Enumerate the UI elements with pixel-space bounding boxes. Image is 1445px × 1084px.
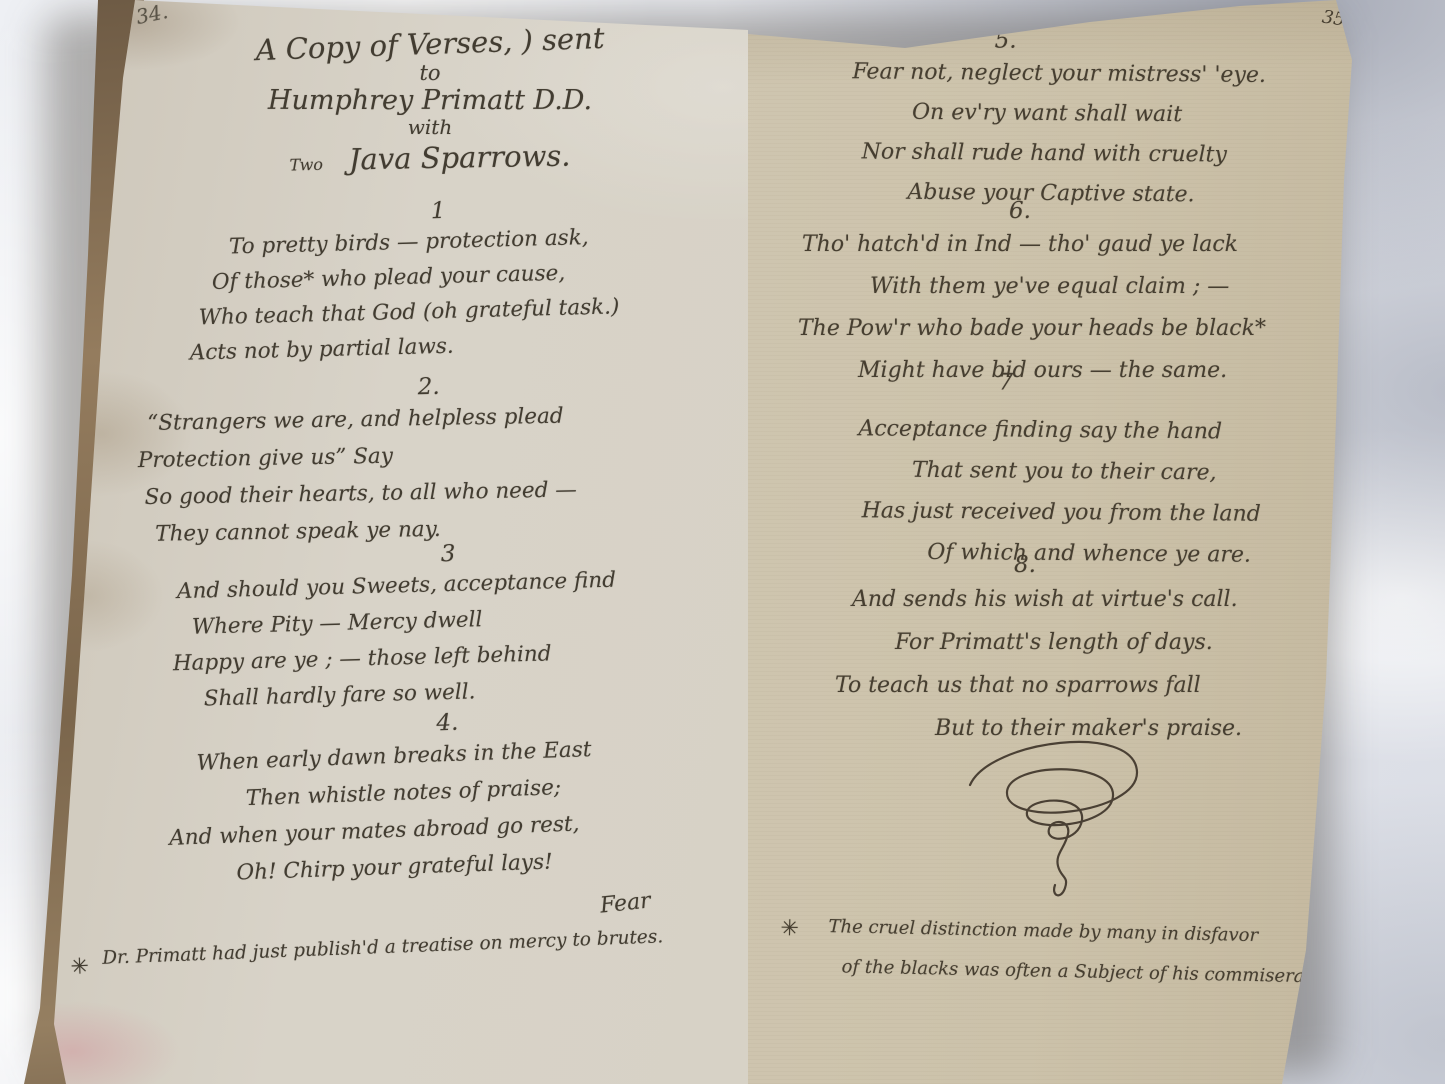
stanza-7-number: 7 [801, 368, 1211, 398]
stanza-6: 6. Tho' hatch'd in Ind — tho' gaud ye la… [790, 198, 1310, 392]
verse-line: And sends his wish at virtue's call. [852, 578, 1330, 621]
verse-line: With them ye've equal claim ; — [870, 266, 1310, 308]
title-java-sparrows: Java Sparrows. [349, 136, 571, 180]
stanza-8: 8. And sends his wish at virtue's call. … [790, 552, 1330, 750]
stanza-2: 2. “Strangers we are, and helpless plead… [129, 369, 732, 553]
verse-line: For Primatt's length of days. [895, 621, 1330, 664]
asterisk-mark: ✳ [70, 954, 89, 980]
stanza-5: 5. Fear not, neglect your mistress' 'eye… [799, 26, 1301, 216]
title-line-5: Two Java Sparrows. [170, 133, 691, 187]
left-footnote: ✳ Dr. Primatt had just publish'd a treat… [70, 923, 750, 970]
verse-line: Fear not, neglect your mistress' 'eye. [852, 52, 1300, 96]
stanza-4: 4. When early dawn breaks in the East Th… [147, 700, 753, 895]
verse-line: To teach us that no sparrows fall [835, 664, 1330, 707]
stanza-3: 3 And should you Sweets, acceptance find… [148, 533, 752, 719]
verse-line: Nor shall rude hand with cruelty [862, 132, 1300, 176]
stanza-1: 1 To pretty birds — protection ask, Of t… [148, 190, 732, 371]
left-footnote-text: Dr. Primatt had just publish'd a treatis… [102, 926, 664, 969]
asterisk-mark: ✳ [780, 916, 799, 941]
left-page-number: 34. [134, 0, 170, 29]
poem-title: A Copy of Verses, ) sent to Humphrey Pri… [170, 26, 690, 183]
title-two: Two [289, 145, 323, 186]
verse-line: The Pow'r who bade your heads be black* [798, 308, 1310, 350]
flourish-spiral [965, 730, 1175, 905]
verse-line: On ev'ry want shall wait [912, 93, 1300, 136]
verse-line: Tho' hatch'd in Ind — tho' gaud ye lack [802, 224, 1310, 266]
catchword: Fear [599, 888, 652, 918]
title-line-3: Humphrey Primatt D.D. [170, 84, 690, 117]
photo-scene: 34. A Copy of Verses, ) sent to Humphrey… [0, 0, 1445, 1084]
verse-line: Has just received you from the land [861, 490, 1319, 535]
stanza-7: 7 Acceptance finding say the hand That s… [799, 368, 1321, 577]
stanza-8-number: 8. [790, 552, 1260, 578]
verse-line: Acceptance finding say the hand [858, 408, 1320, 453]
verse-line: That sent you to their care, [912, 450, 1320, 495]
stanza-6-number: 6. [790, 198, 1250, 224]
